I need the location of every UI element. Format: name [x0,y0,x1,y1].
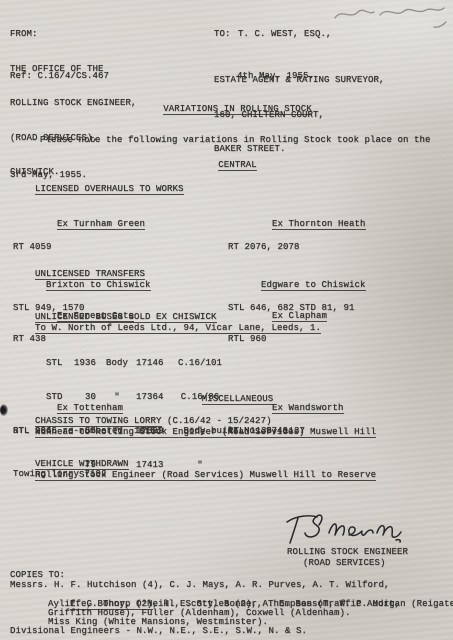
body-number: 17146 [136,358,172,370]
signatory-title: ROLLING STOCK ENGINEER [287,547,408,559]
stock-type: STL [46,358,72,370]
from-label: FROM: [10,29,137,41]
table-row: STL1936Body17146C.16/101 [13,346,226,357]
signatory-department: (ROAD SERVICES) [303,558,386,570]
document-date: 4th May, 1955. [237,71,314,83]
scanned-memo-page: FROM: THE OFFICE OF THE ROLLING STOCK EN… [0,0,453,640]
transfer-route: Edgware to Chiswick [261,280,366,291]
intro-line: Please note the following variations in … [10,135,431,147]
recipient-name: T. C. WEST, ESQ., [238,29,332,41]
transfer-route: Brixton to Chiswick [46,280,151,291]
chassis-detail: STL 2666 re-numbered 1015J Body built No… [13,426,288,438]
vehicle-numbers: RT 2076, 2078 [228,242,366,254]
fleet-number: 1936 [72,358,96,370]
garage-name: Ex Turnham Green [57,219,145,230]
garage-name: Ex Thornton Heath [272,219,366,230]
copies-line: Divisional Engineers - N.W., N.E., S.E.,… [10,627,307,637]
contract-ref: C.16/101 [174,358,226,370]
ink-blot [0,404,8,416]
withdrawn-detail: Towing lorry 719J [13,469,107,481]
to-label: TO: [214,29,238,41]
reference-number: Ref: C.16/4/CS.467 [10,71,109,83]
vehicle-numbers: RT 4059 [13,242,228,254]
body-label: Body [102,358,132,370]
overhaul-entry: Ex Thornton Heath RT 2076, 2078 [228,207,366,276]
signature-scribble [283,510,403,548]
